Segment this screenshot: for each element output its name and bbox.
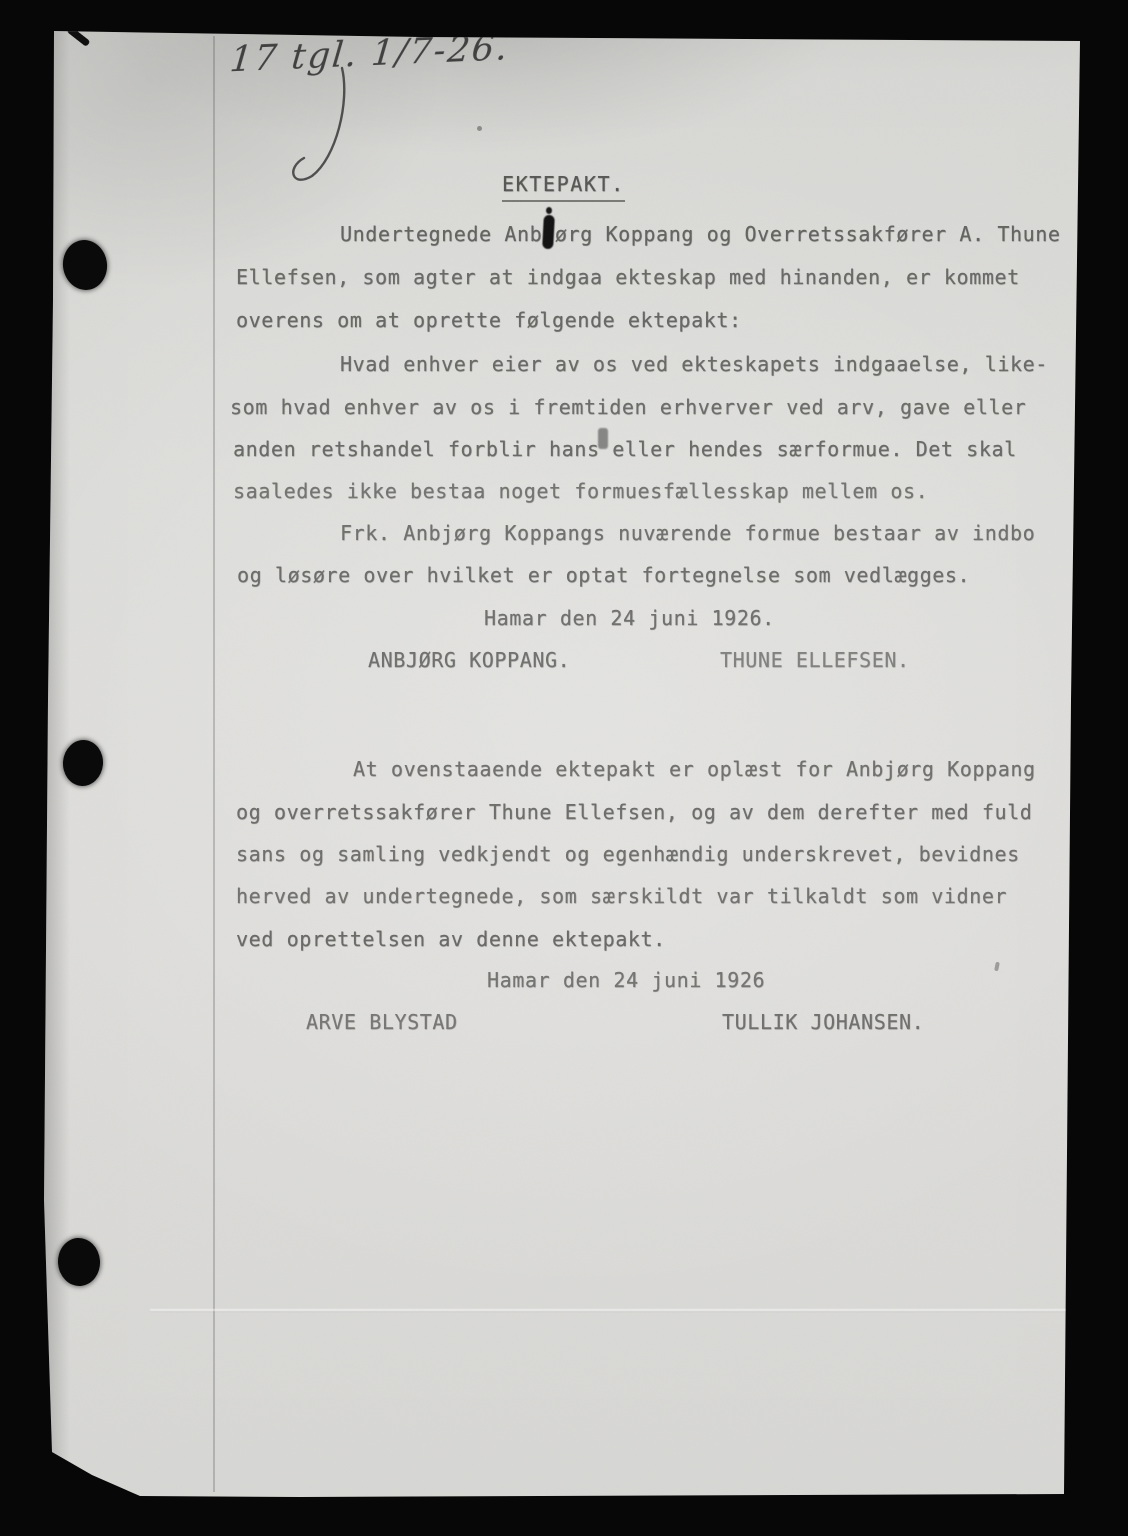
ink-blot bbox=[542, 215, 555, 250]
body-line: Hvad enhver eier av os ved ekteskapets i… bbox=[340, 352, 1048, 376]
page-fold-line bbox=[213, 36, 215, 1492]
signature-arve-blystad: ARVE BLYSTAD bbox=[306, 1010, 458, 1034]
scanned-document: 17 tgl. 1/7-26. EKTEPAKT. Undertegnede A… bbox=[0, 0, 1128, 1536]
dateline-2: Hamar den 24 juni 1926 bbox=[487, 968, 765, 992]
body-line: At ovenstaaende ektepakt er oplæst for A… bbox=[353, 757, 1036, 781]
dateline-1: Hamar den 24 juni 1926. bbox=[484, 606, 775, 630]
handwriting-descender-flourish bbox=[246, 66, 446, 196]
paper-speck bbox=[477, 126, 482, 131]
paper-crease bbox=[150, 1309, 1068, 1311]
body-line: Undertegnede Anbjørg Koppang og Overrets… bbox=[340, 222, 1061, 246]
signature-anbjorg-koppang: ANBJØRG KOPPANG. bbox=[368, 648, 570, 672]
body-line: og overretssakfører Thune Ellefsen, og a… bbox=[236, 800, 1032, 824]
body-line: saaledes ikke bestaa noget formuesfælles… bbox=[233, 479, 928, 503]
signature-thune-ellefsen: THUNE ELLEFSEN. bbox=[720, 648, 910, 672]
document-title: EKTEPAKT. bbox=[502, 172, 625, 202]
body-line: sans og samling vedkjendt og egenhændig … bbox=[236, 842, 1020, 866]
body-line: som hvad enhver av os i fremtiden erhver… bbox=[230, 395, 1026, 419]
body-line: Frk. Anbjørg Koppangs nuværende formue b… bbox=[340, 521, 1035, 545]
body-line: anden retshandel forblir hans eller hend… bbox=[233, 437, 1017, 461]
body-line: herved av undertegnede, som særskildt va… bbox=[236, 884, 1007, 908]
body-line: Ellefsen, som agter at indgaa ekteskap m… bbox=[236, 265, 1020, 289]
overstruck-character bbox=[598, 428, 608, 449]
body-line: overens om at oprette følgende ektepakt: bbox=[236, 308, 742, 332]
body-line: og løsøre over hvilket er optat fortegne… bbox=[237, 563, 970, 587]
corner-pen-mark bbox=[66, 26, 90, 47]
handwritten-annotation: 17 tgl. 1/7-26. bbox=[228, 28, 511, 80]
body-line: ved oprettelsen av denne ektepakt. bbox=[236, 927, 666, 951]
signature-tullik-johansen: TULLIK JOHANSEN. bbox=[722, 1010, 924, 1034]
paper-speck bbox=[994, 962, 1000, 972]
ink-blot-dot bbox=[546, 207, 552, 214]
page: 17 tgl. 1/7-26. EKTEPAKT. Undertegnede A… bbox=[0, 0, 1128, 1536]
